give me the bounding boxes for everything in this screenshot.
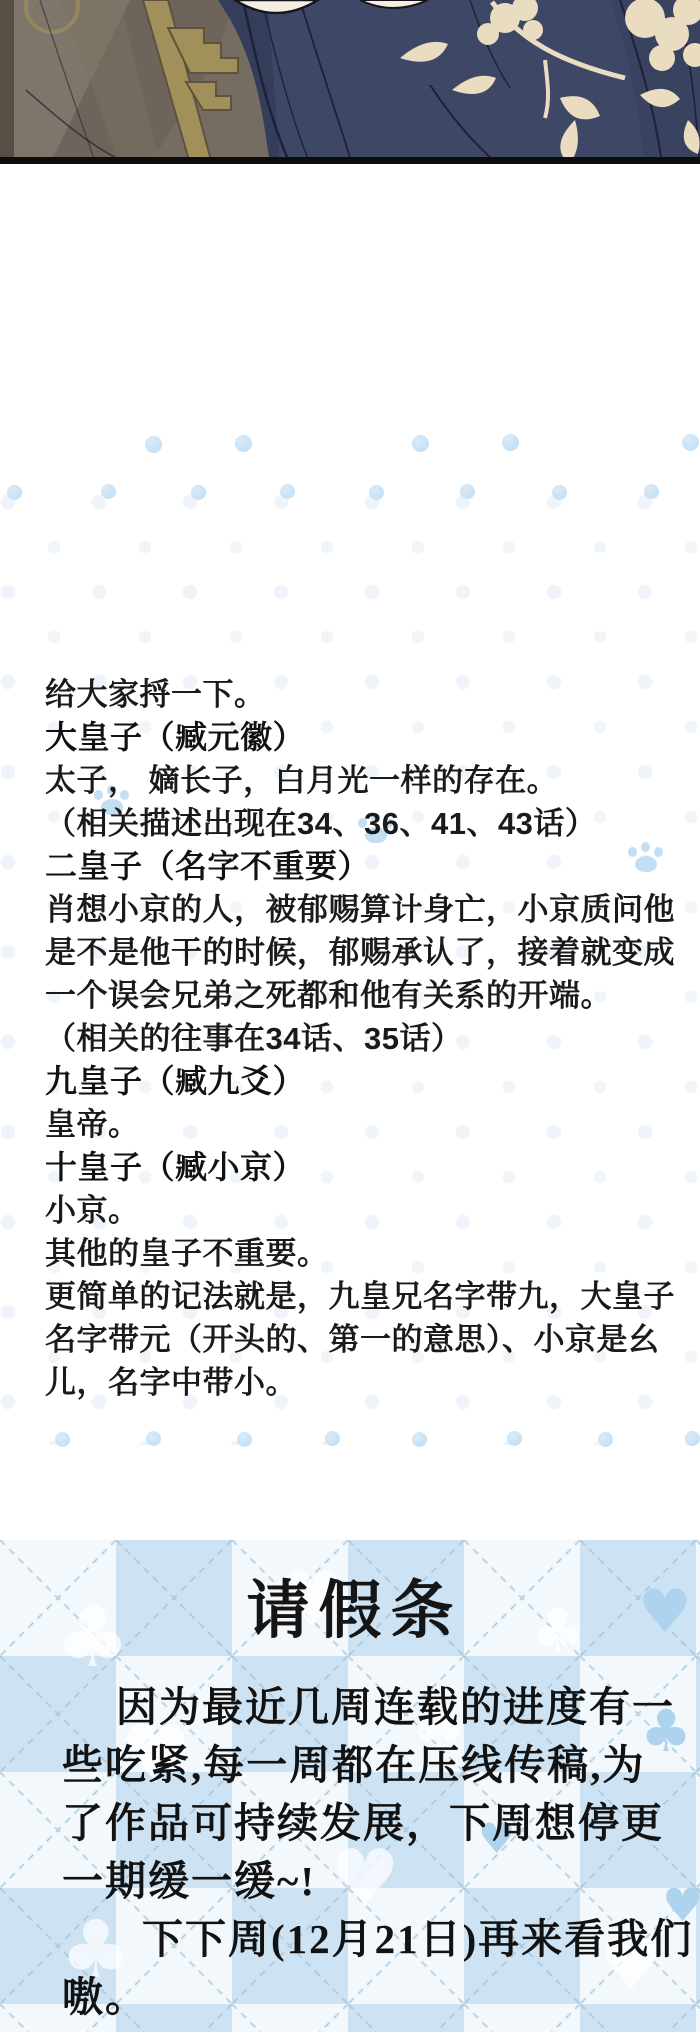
dot-icon [682,434,699,451]
notice-line: 些吃紧,每一周都在压线传稿,为 [62,1736,660,1794]
dot-icon [412,1432,427,1447]
notice-line: 了作品可持续发展，下周想停更 [62,1794,660,1852]
dot-icon [101,484,116,499]
dot-icon [552,485,567,500]
text-line: 太子， 嫡长子，白月光一样的存在。 [45,759,662,802]
text-line: 小京。 [45,1189,662,1232]
dot-icon [280,484,295,499]
text-line: 一个误会兄弟之死都和他有关系的开端。 [45,974,662,1017]
summary-line: 名字带元（开头的、第一的意思）、小京是幺 [45,1318,662,1361]
notice-line: 下下周(12月21日)再来看我们 [62,1910,660,1968]
dot-icon [55,1432,70,1447]
notice-line: 因为最近几周连载的进度有一 [62,1678,660,1736]
dot-icon [146,1431,161,1446]
prince-10-heading: 十皇子（臧小京） [45,1146,662,1189]
summary-line: 更简单的记法就是，九皇兄名字带九，大皇子 [45,1275,662,1318]
dot-icon [325,1431,340,1446]
dot-icon [685,1431,700,1446]
text-line: 肖想小京的人，被郁赐算计身亡，小京质问他 [45,888,662,931]
prince-1-heading: 大皇子（臧元徽） [45,716,662,759]
dot-icon [507,1431,522,1446]
dot-icon [235,435,252,452]
dot-icon [502,434,519,451]
dot-icon [598,1432,613,1447]
leave-notice-section: ♣ ♥ ♣ ♥ ♠ ♥ ♣ ♥ ♥ ♣ ♥ ♥ 请假条 因为最近几周连载的进度有… [0,1540,700,2032]
dot-icon [191,485,206,500]
dot-icon [7,485,22,500]
character-notes-section: 给大家捋一下。 大皇子（臧元徽） 太子， 嫡长子，白月光一样的存在。 （相关描述… [0,164,700,1540]
prince-9-heading: 九皇子（臧九爻） [45,1060,662,1103]
dot-icon [145,436,162,453]
text-line: （相关描述出现在34、36、41、43话） [45,802,662,845]
text-line: （相关的往事在34话、35话） [45,1017,662,1060]
text-line: 皇帝。 [45,1103,662,1146]
dot-icon [369,485,384,500]
summary-line: 其他的皇子不重要。 [45,1232,662,1275]
intro-line: 给大家捋一下。 [45,673,662,716]
dot-icon [644,484,659,499]
text-line: 是不是他干的时候，郁赐承认了，接着就变成 [45,931,662,974]
notice-line: 嗷。 [62,1968,660,2026]
notice-body: 因为最近几周连载的进度有一 些吃紧,每一周都在压线传稿,为 了作品可持续发展，下… [0,1678,700,2026]
dot-icon [460,484,475,499]
prince-2-heading: 二皇子（名字不重要） [45,845,662,888]
summary-line: 儿，名字中带小。 [45,1361,662,1404]
comic-afterword-page: 给大家捋一下。 大皇子（臧元徽） 太子， 嫡长子，白月光一样的存在。 （相关描述… [0,0,700,2032]
dot-icon [237,1432,252,1447]
dot-icon [412,435,429,452]
notice-title: 请假条 [0,1576,700,1646]
top-artwork [0,0,700,164]
notice-line: 一期缓一缓~! [62,1852,660,1910]
